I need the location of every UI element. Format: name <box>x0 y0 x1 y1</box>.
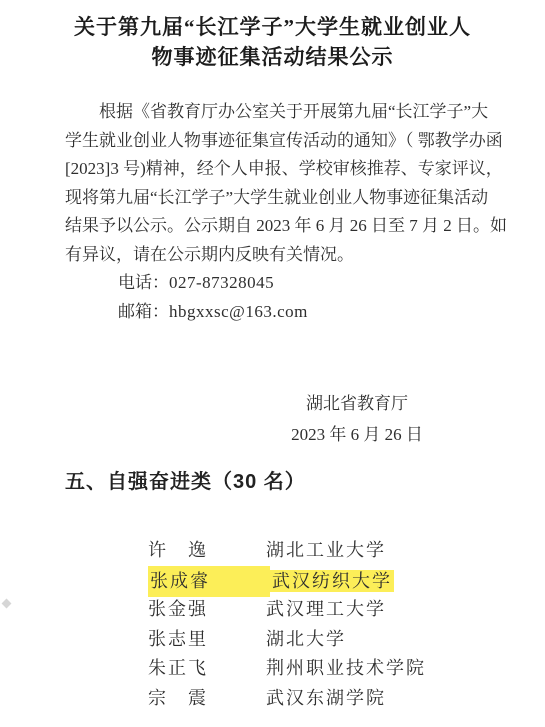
paragraph-line: 根据《省教育厅办公室关于开展第九届“长江学子”大 <box>65 98 481 127</box>
list-item: 张志里湖北大学 <box>148 625 545 655</box>
phone-number: 027-87328045 <box>169 273 274 292</box>
email-line: 邮箱：hbgxxsc@163.com <box>118 298 545 327</box>
awardee-school: 荆州职业技术学院 <box>266 658 426 678</box>
document-page: { "document": { "title": { "line1": "关于第… <box>0 0 545 727</box>
contact-info: 电话：027-87328045 邮箱：hbgxxsc@163.com <box>118 269 545 326</box>
list-item: 朱正飞荆州职业技术学院 <box>148 654 545 684</box>
awardee-name: 许 逸 <box>148 536 266 566</box>
phone-label: 电话： <box>118 273 169 292</box>
awardee-school: 湖北工业大学 <box>266 540 386 560</box>
page-artifact-mark <box>2 599 12 609</box>
document-title-line1: 关于第九届“长江学子”大学生就业创业人 <box>40 12 505 42</box>
awardee-school: 湖北大学 <box>266 629 346 649</box>
awardee-name-highlighted: 张成睿 <box>148 566 270 598</box>
awardee-name: 张志里 <box>148 625 266 655</box>
paragraph-line: 现将第九届“长江学子”大学生就业创业人物事迹征集活动 <box>65 184 481 213</box>
signature-date: 2023 年 6 月 26 日 <box>257 419 457 450</box>
body-paragraph: 根据《省教育厅办公室关于开展第九届“长江学子”大 学生就业创业人物事迹征集宣传活… <box>65 98 481 269</box>
awardee-school-highlighted: 武汉纺织大学 <box>270 570 394 592</box>
signature-org: 湖北省教育厅 <box>257 388 457 419</box>
section-heading: 五、自强奋进类（30 名） <box>65 468 545 496</box>
email-label: 邮箱： <box>118 302 169 321</box>
phone-line: 电话：027-87328045 <box>118 269 545 298</box>
paragraph-line: 结果予以公示。公示期自 2023 年 6 月 26 日至 7 月 2 日。如 <box>65 212 481 241</box>
awardee-name: 朱正飞 <box>148 654 266 684</box>
document-title: 关于第九届“长江学子”大学生就业创业人 物事迹征集活动结果公示 <box>40 12 505 72</box>
paragraph-line: 有异议，请在公示期内反映有关情况。 <box>65 241 481 270</box>
signature-block: 湖北省教育厅 2023 年 6 月 26 日 <box>257 388 457 450</box>
list-item: 张成睿武汉纺织大学 <box>148 566 545 596</box>
list-item: 许 逸湖北工业大学 <box>148 536 545 566</box>
email-address: hbgxxsc@163.com <box>169 302 308 321</box>
paragraph-line: [2023]3 号)精神，经个人申报、学校审核推荐、专家评议， <box>65 155 481 184</box>
awardee-name: 宗 震 <box>148 684 266 714</box>
document-title-line2: 物事迹征集活动结果公示 <box>40 42 505 72</box>
awardee-school: 武汉理工大学 <box>266 599 386 619</box>
awardee-school: 武汉东湖学院 <box>266 688 386 708</box>
list-item: 宗 震武汉东湖学院 <box>148 684 545 714</box>
awardee-name: 张金强 <box>148 595 266 625</box>
list-item: 张金强武汉理工大学 <box>148 595 545 625</box>
paragraph-line: 学生就业创业人物事迹征集宣传活动的通知》（ 鄂教学办函 <box>65 127 481 156</box>
awardee-list: 许 逸湖北工业大学 张成睿武汉纺织大学 张金强武汉理工大学 张志里湖北大学 朱正… <box>148 536 545 713</box>
